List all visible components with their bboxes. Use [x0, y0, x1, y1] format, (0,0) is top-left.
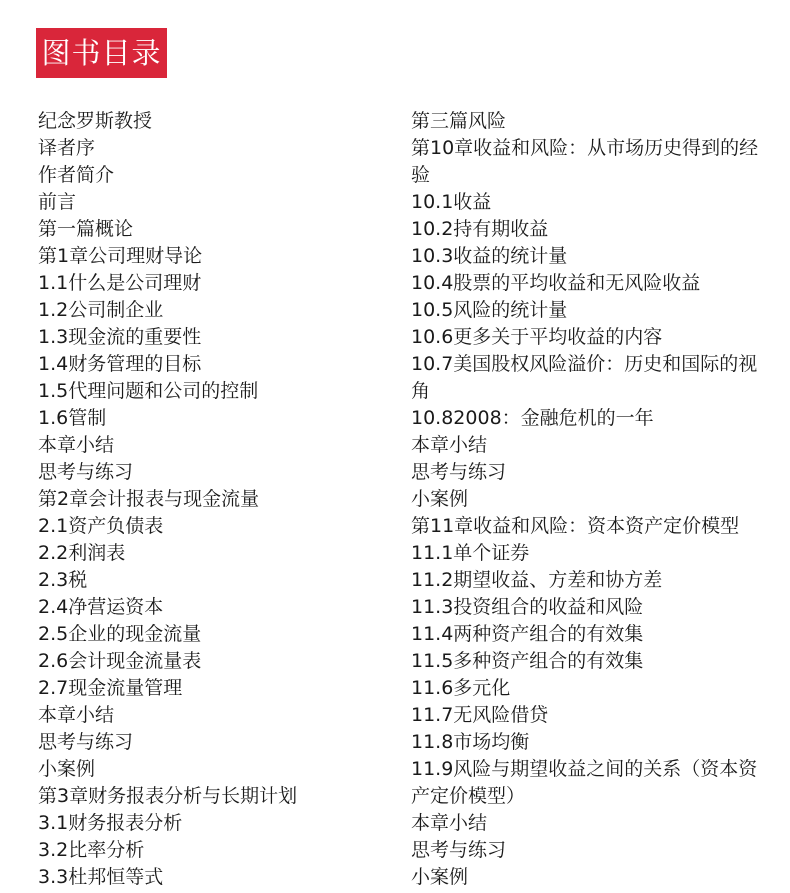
- toc-item: 思考与练习: [38, 459, 398, 486]
- toc-item: 11.6多元化: [411, 675, 761, 702]
- toc-item: 小案例: [411, 486, 761, 513]
- toc-item: 2.2利润表: [38, 540, 398, 567]
- toc-item: 11.2期望收益、方差和协方差: [411, 567, 761, 594]
- toc-item: 1.4财务管理的目标: [38, 351, 398, 378]
- toc-chapter-heading: 第10章收益和风险：从市场历史得到的经验: [411, 135, 761, 189]
- toc-item: 思考与练习: [38, 729, 398, 756]
- toc-item: 小案例: [38, 756, 398, 783]
- toc-item: 10.82008：金融危机的一年: [411, 405, 761, 432]
- toc-item: 1.1什么是公司理财: [38, 270, 398, 297]
- toc-item: 思考与练习: [411, 459, 761, 486]
- toc-item: 11.7无风险借贷: [411, 702, 761, 729]
- toc-item: 3.2比率分析: [38, 837, 398, 864]
- toc-item: 2.1资产负债表: [38, 513, 398, 540]
- toc-item: 本章小结: [411, 810, 761, 837]
- toc-item: 1.2公司制企业: [38, 297, 398, 324]
- toc-item: 3.3杜邦恒等式: [38, 864, 398, 891]
- toc-item: 本章小结: [38, 702, 398, 729]
- toc-item: 10.3收益的统计量: [411, 243, 761, 270]
- toc-item: 2.3税: [38, 567, 398, 594]
- toc-chapter-heading: 第11章收益和风险：资本资产定价模型: [411, 513, 761, 540]
- toc-item: 11.8市场均衡: [411, 729, 761, 756]
- toc-item: 2.5企业的现金流量: [38, 621, 398, 648]
- toc-left-column: 纪念罗斯教授 译者序 作者简介 前言 第一篇概论 第1章公司理财导论 1.1什么…: [38, 108, 398, 891]
- page-title: 图书目录: [36, 28, 167, 78]
- toc-item: 1.5代理问题和公司的控制: [38, 378, 398, 405]
- toc-item: 小案例: [411, 864, 761, 891]
- toc-item: 2.7现金流量管理: [38, 675, 398, 702]
- toc-item: 1.3现金流的重要性: [38, 324, 398, 351]
- toc-item: 11.9风险与期望收益之间的关系（资本资产定价模型）: [411, 756, 761, 810]
- toc-item: 纪念罗斯教授: [38, 108, 398, 135]
- toc-chapter-heading: 第2章会计报表与现金流量: [38, 486, 398, 513]
- toc-item: 10.6更多关于平均收益的内容: [411, 324, 761, 351]
- toc-part-heading: 第三篇风险: [411, 108, 761, 135]
- toc-item: 本章小结: [38, 432, 398, 459]
- toc-item: 译者序: [38, 135, 398, 162]
- toc-item: 本章小结: [411, 432, 761, 459]
- toc-item: 2.4净营运资本: [38, 594, 398, 621]
- toc-item: 10.1收益: [411, 189, 761, 216]
- toc-item: 3.1财务报表分析: [38, 810, 398, 837]
- toc-part-heading: 第一篇概论: [38, 216, 398, 243]
- toc-item: 11.1单个证券: [411, 540, 761, 567]
- toc-item: 10.2持有期收益: [411, 216, 761, 243]
- toc-item: 11.5多种资产组合的有效集: [411, 648, 761, 675]
- toc-item: 思考与练习: [411, 837, 761, 864]
- toc-chapter-heading: 第1章公司理财导论: [38, 243, 398, 270]
- toc-item: 作者简介: [38, 162, 398, 189]
- toc-item: 1.6管制: [38, 405, 398, 432]
- toc-item: 2.6会计现金流量表: [38, 648, 398, 675]
- toc-item: 11.4两种资产组合的有效集: [411, 621, 761, 648]
- toc-item: 前言: [38, 189, 398, 216]
- toc-right-column: 第三篇风险 第10章收益和风险：从市场历史得到的经验 10.1收益 10.2持有…: [411, 108, 761, 891]
- toc-item: 10.4股票的平均收益和无风险收益: [411, 270, 761, 297]
- toc-item: 11.3投资组合的收益和风险: [411, 594, 761, 621]
- toc-chapter-heading: 第3章财务报表分析与长期计划: [38, 783, 398, 810]
- toc-item: 10.7美国股权风险溢价：历史和国际的视角: [411, 351, 761, 405]
- toc-item: 10.5风险的统计量: [411, 297, 761, 324]
